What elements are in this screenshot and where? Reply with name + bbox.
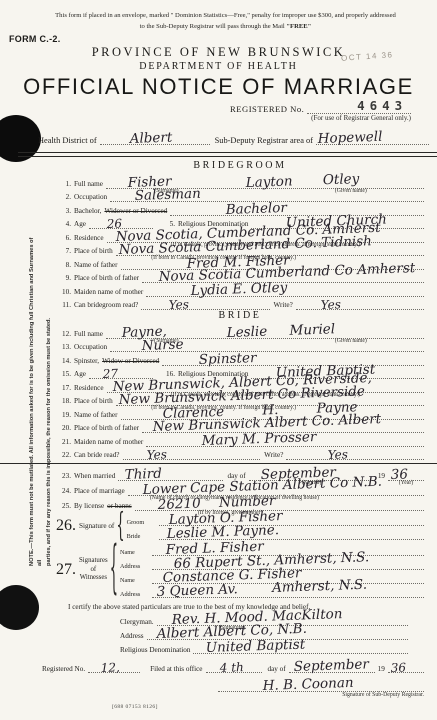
divider-rule [18, 152, 437, 157]
bride-read-handwriting: Yes [147, 448, 168, 462]
registrar-general-note: (For use of Registrar General only.) [311, 114, 411, 122]
row-label: Full name [74, 331, 106, 339]
groom-label: Groom [127, 519, 159, 526]
groom-write-field: Yes [296, 298, 424, 310]
clergyman-religion-label: Religious Denomination [120, 646, 193, 654]
clergyman-label: Clergyman. [120, 618, 157, 626]
filed-row: Registered No. 12, Filed at this office … [42, 657, 424, 673]
mail-note-line1: This form if placed in an envelope, mark… [55, 12, 396, 19]
age-label: Age [74, 371, 89, 379]
address-label: Address [120, 591, 152, 598]
row-label: Place of birth of father [74, 275, 142, 283]
department-heading: DEPARTMENT OF HEALTH [0, 61, 437, 72]
married-year-field: (Year) 36 [388, 469, 424, 481]
health-district-field: Albert [100, 132, 210, 145]
bride-mother-field: Mary M. Prosser [146, 435, 424, 447]
row-number: 23. [56, 473, 74, 481]
place-of-marriage-field: (Name of church or clergyman's residence… [128, 484, 424, 496]
row-label: Maiden name of mother [74, 289, 146, 297]
sub-deputy-label: Sub-Deputy Registrar area of [210, 136, 316, 145]
filed-day-handwriting: 4 th [220, 660, 244, 675]
row-label: Full name [74, 181, 106, 189]
groom-read-handwriting: Yes [169, 298, 190, 312]
row-number: 20. [56, 425, 74, 433]
mail-note-line2: to the Sub-Deputy Registrar will pass th… [140, 23, 285, 30]
health-district-label: Health District of [38, 136, 100, 145]
clergyman-religion-field: United Baptist [193, 642, 408, 654]
row-label: Can bridegroom read? [74, 302, 141, 310]
witnesses-label-2: of [91, 566, 97, 573]
row-number: 26. [56, 517, 79, 535]
row-number: 27. [56, 561, 79, 579]
row-label: Can bride read? [74, 452, 123, 460]
bride-label: Bride [127, 533, 159, 540]
bride-mother-row: 21. Maiden name of mother Mary M. Prosse… [56, 433, 424, 447]
filed-label: Filed at this office [140, 665, 205, 673]
groom-mother-field: Lydia E. Otley [146, 285, 424, 297]
witnesses-label-3: Witnesses [80, 574, 107, 581]
row-number: 14. [56, 358, 74, 366]
day-of-label: day of [262, 665, 289, 673]
margin-note: NOTE.—This form must not be mutilated. A… [28, 234, 53, 566]
witness2-address-field: 3 Queen Av. Amherst, N.S. [152, 586, 424, 598]
bride-signature-line: Bride Leslie M. Payne. [127, 526, 424, 540]
form-number: FORM C.-2. [9, 34, 61, 44]
witnesses-label: Signatures of Witnesses [79, 557, 108, 582]
row-number: 9. [56, 275, 74, 283]
row-label: When married [74, 473, 118, 481]
row-label: Place of birth [74, 398, 116, 406]
name-label: Name [120, 549, 152, 556]
groom-read-field: Yes [141, 298, 269, 310]
groom-write-handwriting: Yes [321, 298, 342, 312]
given-name-caption: (Given name) [303, 338, 398, 344]
print-code: [688 07153 8126] [112, 704, 158, 710]
row-number: 13. [56, 344, 74, 352]
sub-deputy-field: Hopewell [316, 132, 429, 145]
row-number: 10. [56, 289, 74, 297]
row-label: Place of birth [74, 248, 116, 256]
row-number: 24. [56, 488, 74, 496]
signature-of-label: Signature of [79, 522, 114, 530]
witnesses-label-1: Signatures [79, 557, 108, 564]
row-label: Place of marriage [74, 488, 128, 496]
bride-literacy-row: 22. Can bride read? Yes Write? Yes [56, 447, 424, 461]
footer-registered-no-label: Registered No. [42, 665, 88, 673]
mail-instruction-note: This form if placed in an envelope, mark… [32, 11, 419, 32]
health-district-handwriting: Albert [130, 130, 173, 147]
clergyman-religion-handwriting: United Baptist [206, 637, 306, 656]
registrar-signature-line: H. B. Coonan [218, 673, 424, 692]
row-label: Occupation [74, 344, 110, 352]
age-label: Age [74, 221, 89, 229]
row-number: 18. [56, 398, 74, 406]
row-number: 12. [56, 331, 74, 339]
bride-given-handwriting: Leslie Muriel [226, 322, 335, 341]
row-label: Residence [74, 385, 107, 393]
groom-mother-handwriting: Lydia E. Otley [190, 280, 287, 298]
row-label-struck: Widow or Divorced [102, 358, 162, 366]
bridegroom-section-title: BRIDEGROOM [56, 160, 424, 175]
bride-signature-field: Leslie M. Payne. [159, 528, 424, 540]
bride-full-name-row: 12. Full name (Surname) (Given name) Pay… [56, 325, 424, 339]
row-number: 2. [56, 194, 74, 202]
row-label: Name of father [74, 412, 121, 420]
groom-occupation-handwriting: Salesman [135, 187, 202, 204]
witnesses-column: Name Fred L. Fisher Address 66 Rupert St… [120, 542, 424, 598]
marriage-notice-form: NOTE.—This form must not be mutilated. A… [0, 0, 437, 720]
row-label: Maiden name of mother [74, 439, 146, 447]
witness2-address-line: Address 3 Queen Av. Amherst, N.S. [120, 584, 424, 598]
row-number: 7. [56, 248, 74, 256]
year-prefix: 19 [375, 665, 388, 673]
write-label: Write? [260, 452, 286, 460]
page-title: OFFICIAL NOTICE OF MARRIAGE [0, 74, 437, 100]
row-label: Bachelor, [74, 208, 104, 216]
groom-literacy-row: 11. Can bridegroom read? Yes Write? Yes [56, 297, 424, 311]
clergyman-address-label: Address [120, 632, 147, 640]
registrar-signature-handwriting: H. B. Coonan [263, 675, 354, 694]
registered-no-label: REGISTERED No. [230, 104, 307, 114]
bride-occupation-handwriting: Nurse [141, 338, 183, 354]
filed-month-field: September [289, 661, 375, 673]
registered-no-field: 4643 [307, 101, 411, 114]
brace-glyph: { [110, 537, 118, 603]
row-label-struck: Widower or Divorced [104, 208, 170, 216]
groom-full-name-row: 1. Full name (Surname) (Given name) Fish… [56, 175, 424, 189]
bride-status-handwriting: Spinster [198, 351, 256, 368]
bride-section-title: BRIDE [56, 310, 424, 325]
footer-registered-no-field: 12, [88, 661, 140, 673]
row-label: Residence [74, 235, 107, 243]
row-number: 17. [56, 385, 74, 393]
row-label: By license [74, 503, 107, 511]
signature-of-row: 26. Signature of { Groom Layton O. Fishe… [56, 511, 424, 541]
filed-year-handwriting: 36 [391, 660, 407, 675]
registered-no-stamp: 4643 [357, 98, 407, 113]
write-label: Write? [270, 302, 296, 310]
footer-registered-no-handwriting: 12, [100, 660, 120, 675]
margin-note-line1: NOTE.—This form must not be mutilated. A… [28, 234, 45, 566]
row-number: 11. [56, 302, 74, 310]
signature-column: Groom Layton O. Fisher Bride Leslie M. P… [127, 512, 424, 540]
row-label: Place of birth of father [74, 425, 142, 433]
row-number: 3. [56, 208, 74, 216]
address-label: Address [120, 563, 152, 570]
row-number: 1. [56, 181, 74, 189]
groom-mother-row: 10. Maiden name of mother Lydia E. Otley [56, 283, 424, 297]
registrar-signature-caption: Signature of Sub-Deputy Registrar. [218, 692, 424, 698]
row-number: 15. [56, 371, 74, 379]
row-label: Occupation [74, 194, 110, 202]
mail-note-free: "FREE" [286, 23, 311, 30]
bride-read-field: Yes [123, 448, 261, 460]
row-number: 19. [56, 412, 74, 420]
row-label: Spinster, [74, 358, 102, 366]
row-number: 8. [56, 262, 74, 270]
row-label: Name of father [74, 262, 121, 270]
filed-year-field: 36 [388, 661, 424, 673]
groom-status-handwriting: Bachelor [226, 201, 288, 218]
sub-deputy-handwriting: Hopewell [318, 129, 383, 147]
row-number: 25. [56, 503, 74, 511]
bride-write-field: Yes [286, 448, 424, 460]
margin-note-line2: parties, and if for any reason this is i… [45, 234, 53, 566]
bride-write-handwriting: Yes [327, 448, 348, 462]
row-number: 4. [56, 221, 74, 229]
row-number: 22. [56, 452, 74, 460]
form-body: BRIDEGROOM 1. Full name (Surname) (Given… [56, 160, 424, 698]
filed-day-field: 4 th [206, 661, 262, 673]
witnesses-row: 27. Signatures of Witnesses { Name Fred … [56, 541, 424, 599]
clergyman-religion-row: Religious Denomination United Baptist [120, 640, 408, 654]
row-number: 21. [56, 439, 74, 447]
filed-month-handwriting: September [293, 656, 369, 675]
married-year-handwriting: 36 [390, 468, 408, 483]
marriage-section-rule [0, 463, 437, 464]
registered-no-line: REGISTERED No. 4643 [230, 101, 411, 114]
hole-punch-bottom [0, 585, 39, 630]
name-label: Name [120, 577, 152, 584]
row-number: 6. [56, 235, 74, 243]
health-district-line: Health District of Albert Sub-Deputy Reg… [38, 132, 429, 145]
